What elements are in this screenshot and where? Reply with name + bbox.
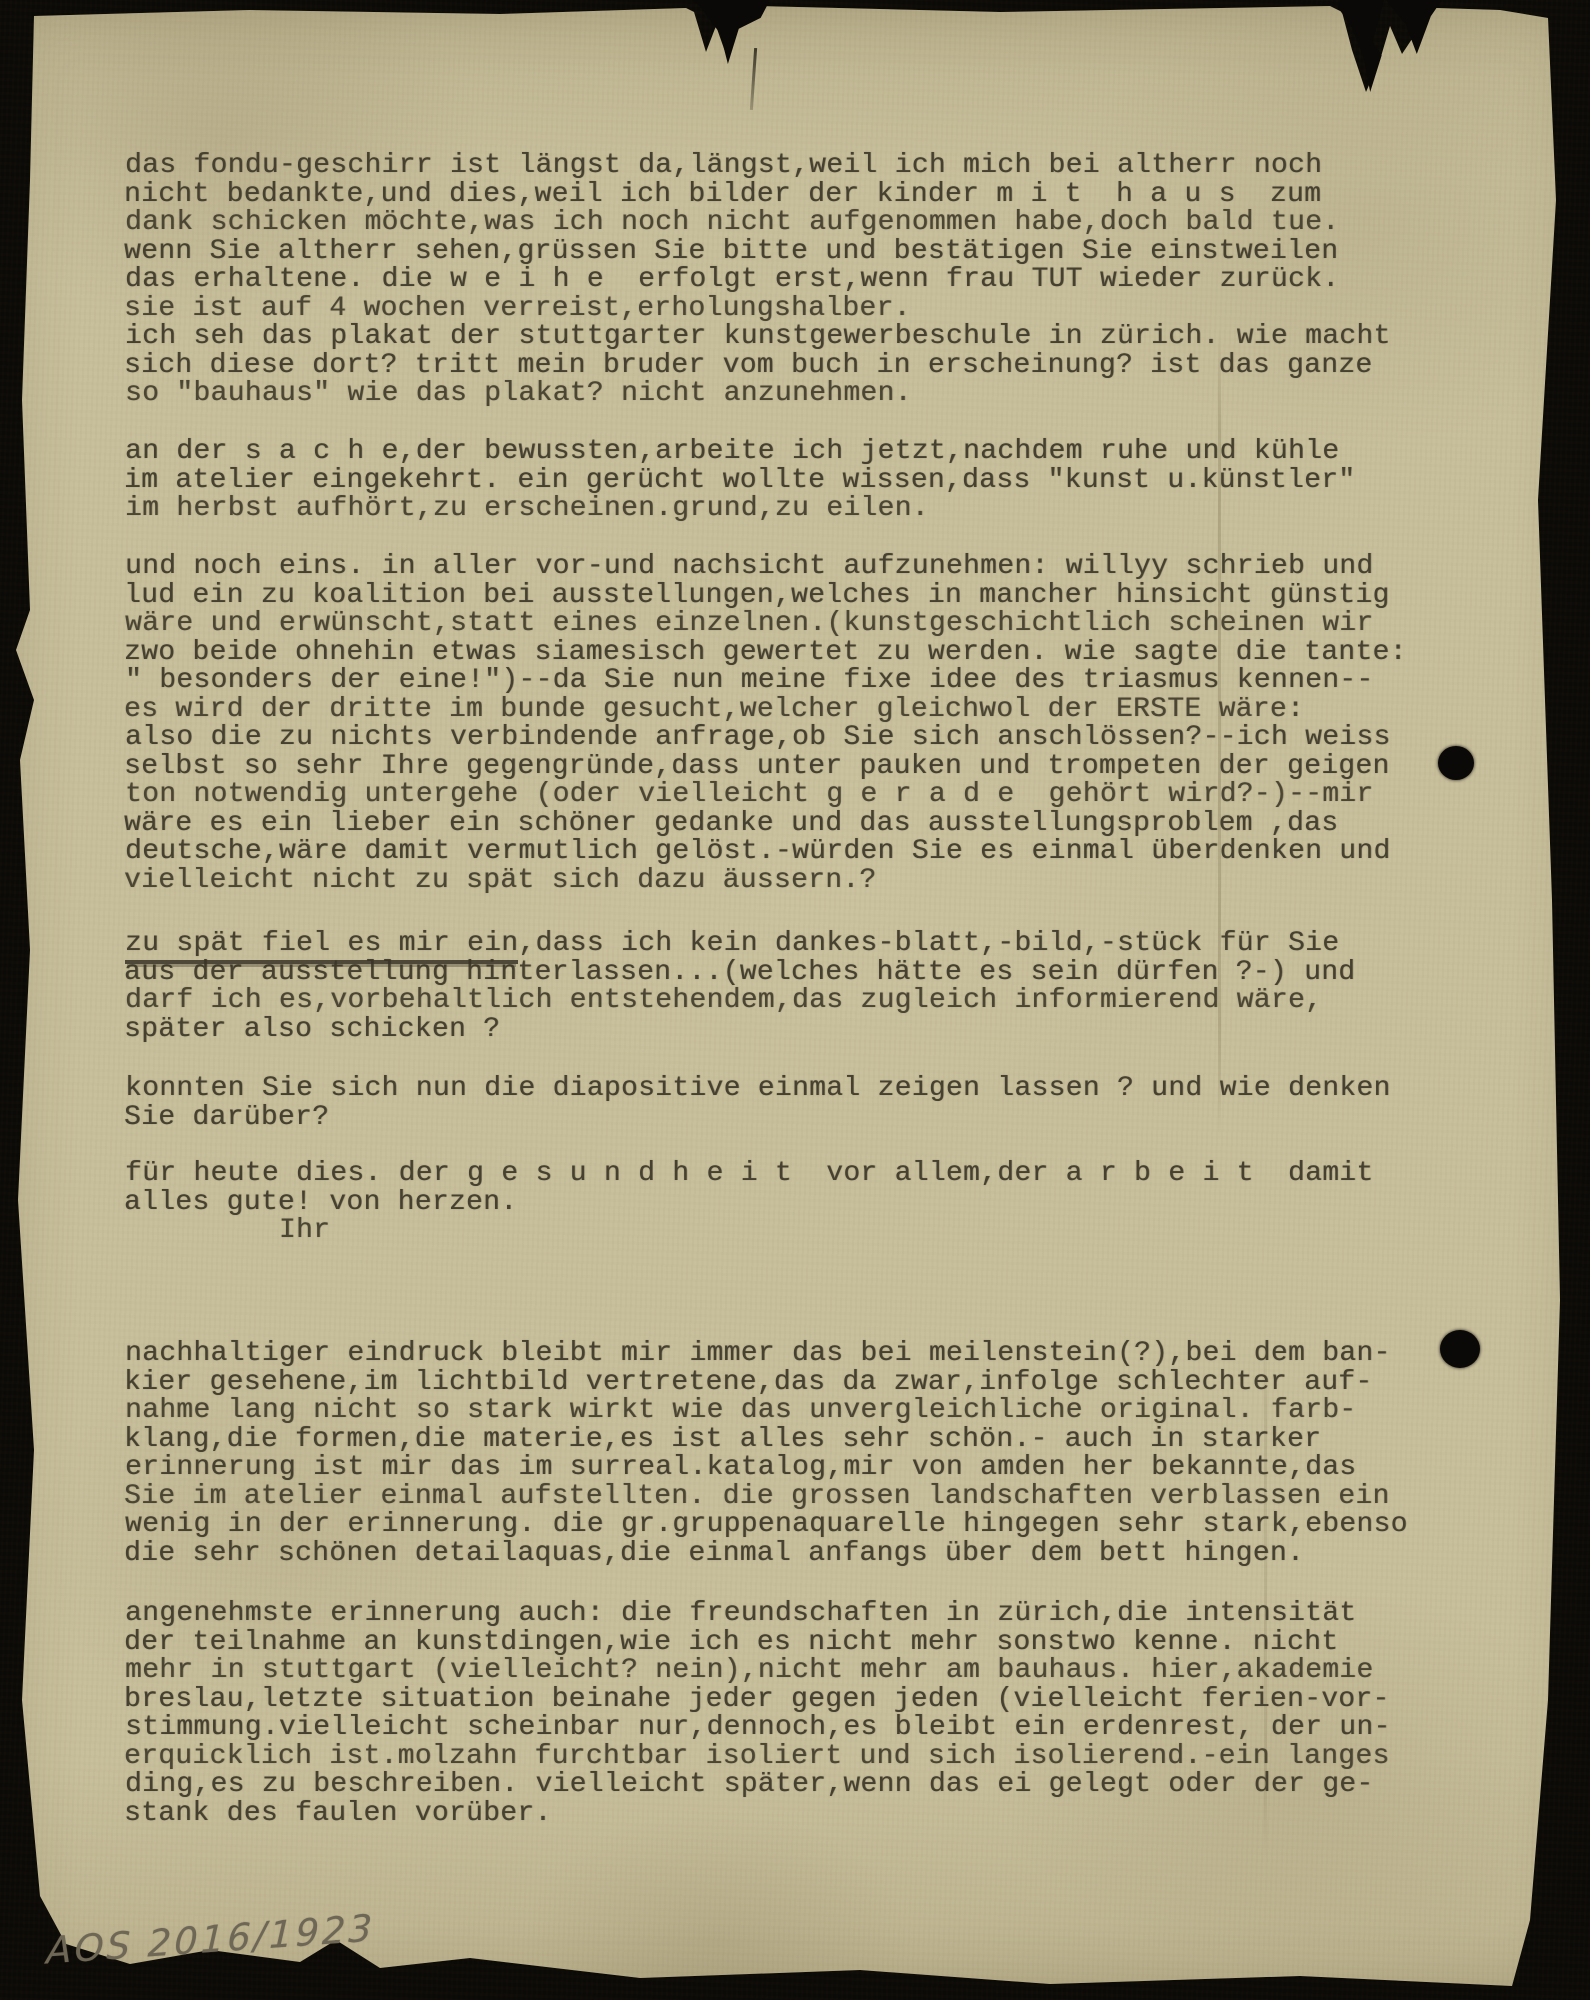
letter-line: stimmung.vielleicht scheinbar nur,dennoc… xyxy=(125,1714,1391,1743)
letter-line: erquicklich ist.molzahn furchtbar isolie… xyxy=(124,1743,1390,1772)
letter-line: ich seh das plakat der stuttgarter kunst… xyxy=(125,323,1391,352)
letter-line: mehr in stuttgart (vielleicht? nein),nic… xyxy=(125,1657,1391,1686)
paragraph-fondu-geschirr: das fondu-geschirr ist längst da,längst,… xyxy=(124,152,1390,409)
letter-line: stank des faulen vorüber. xyxy=(124,1800,1390,1829)
letter-line: " besonders der eine!")--da Sie nun mein… xyxy=(125,667,1408,696)
letter-line: im atelier eingekehrt. ein gerücht wollt… xyxy=(124,467,1355,496)
letter-line: sich diese dort? tritt mein bruder vom b… xyxy=(124,352,1390,381)
letter-line: später also schicken ? xyxy=(124,1016,1355,1045)
letter-line: nachhaltiger eindruck bleibt mir immer d… xyxy=(125,1340,1408,1369)
letter-line: angenehmste erinnerung auch: die freunds… xyxy=(125,1600,1391,1629)
letter-line: konnten Sie sich nun die diapositive ein… xyxy=(125,1075,1391,1104)
letter-line: wäre es ein lieber ein schöner gedanke u… xyxy=(124,810,1407,839)
letter-line: und noch eins. in aller vor-und nachsich… xyxy=(125,553,1408,582)
letter-line: klang,die formen,die materie,es ist alle… xyxy=(124,1426,1407,1455)
punch-hole xyxy=(1440,1330,1480,1368)
letter-line: alles gute! von herzen. xyxy=(124,1189,1373,1218)
letter-line: nicht bedankte,und dies,weil ich bilder … xyxy=(124,181,1390,210)
letter-line: vielleicht nicht zu spät sich dazu äusse… xyxy=(124,867,1407,896)
letter-line: es wird der dritte im bunde gesucht,welc… xyxy=(124,696,1407,725)
letter-line: nahme lang nicht so stark wirkt wie das … xyxy=(125,1397,1408,1426)
letter-line: an der s a c h e,der bewussten,arbeite i… xyxy=(125,438,1356,467)
letter-line: Ihr xyxy=(125,1217,1374,1246)
paragraph-angenehmste-erinnerung: angenehmste erinnerung auch: die freunds… xyxy=(124,1600,1390,1828)
letter-line: deutsche,wäre damit vermutlich gelöst.-w… xyxy=(125,838,1408,867)
letter-line: so "bauhaus" wie das plakat? nicht anzun… xyxy=(125,380,1391,409)
letter-line: sie ist auf 4 wochen verreist,erholungsh… xyxy=(124,295,1390,324)
letter-line: das erhaltene. die w e i h e erfolgt ers… xyxy=(125,266,1391,295)
letter-line: ding,es zu beschreiben. vielleicht späte… xyxy=(125,1771,1391,1800)
paragraph-zu-spaet-fiel-es-mir-ein: zu spät fiel es mir ein,dass ich kein da… xyxy=(124,930,1355,1044)
letter-line: die sehr schönen detailaquas,die einmal … xyxy=(124,1540,1407,1569)
letter-line: also die zu nichts verbindende anfrage,o… xyxy=(125,724,1408,753)
letter-line: breslau,letzte situation beinahe jeder g… xyxy=(124,1686,1390,1715)
letter-line: Sie darüber? xyxy=(124,1104,1390,1133)
letter-line: wenn Sie altherr sehen,grüssen Sie bitte… xyxy=(124,238,1390,267)
letter-line: lud ein zu koalition bei ausstellungen,w… xyxy=(124,582,1407,611)
underlined-phrase: zu spät fiel es mir ein xyxy=(125,928,518,964)
letter-line: das fondu-geschirr ist längst da,längst,… xyxy=(125,152,1391,181)
letter-line: zu spät fiel es mir ein,dass ich kein da… xyxy=(125,930,1356,959)
letter-line: wäre und erwünscht,statt eines einzelnen… xyxy=(125,610,1408,639)
letter-line: selbst so sehr Ihre gegengründe,dass unt… xyxy=(124,753,1407,782)
letter-line: wenig in der erinnerung. die gr.gruppena… xyxy=(125,1511,1408,1540)
letter-line: ton notwendig untergehe (oder vielleicht… xyxy=(125,781,1408,810)
paragraph-nachhaltiger-eindruck: nachhaltiger eindruck bleibt mir immer d… xyxy=(124,1340,1407,1568)
punch-hole xyxy=(1438,746,1474,780)
letter-line: kier gesehene,im lichtbild vertretene,da… xyxy=(124,1369,1407,1398)
paragraph-an-der-sache: an der s a c h e,der bewussten,arbeite i… xyxy=(124,438,1355,524)
letter-line: für heute dies. der g e s u n d h e i t … xyxy=(125,1160,1374,1189)
paragraph-schluss-gruss: für heute dies. der g e s u n d h e i t … xyxy=(124,1160,1373,1246)
scanned-letter-page: { "document": { "kind": "typewritten-let… xyxy=(0,0,1590,2000)
letter-line: Sie im atelier einmal aufstellten. die g… xyxy=(124,1483,1407,1512)
letter-line: dank schicken möchte,was ich noch nicht … xyxy=(125,209,1391,238)
paragraph-diapositive: konnten Sie sich nun die diapositive ein… xyxy=(124,1075,1390,1132)
paragraph-und-noch-eins: und noch eins. in aller vor-und nachsich… xyxy=(124,553,1407,895)
letter-line: zwo beide ohnehin etwas siamesisch gewer… xyxy=(124,639,1407,668)
letter-line: im herbst aufhört,zu erscheinen.grund,zu… xyxy=(125,495,1356,524)
letter-line: erinnerung ist mir das im surreal.katalo… xyxy=(125,1454,1408,1483)
letter-line: der teilnahme an kunstdingen,wie ich es … xyxy=(124,1629,1390,1658)
letter-text-layer: das fondu-geschirr ist längst da,längst,… xyxy=(0,0,1590,2000)
letter-line: darf ich es,vorbehaltlich entstehendem,d… xyxy=(125,987,1356,1016)
